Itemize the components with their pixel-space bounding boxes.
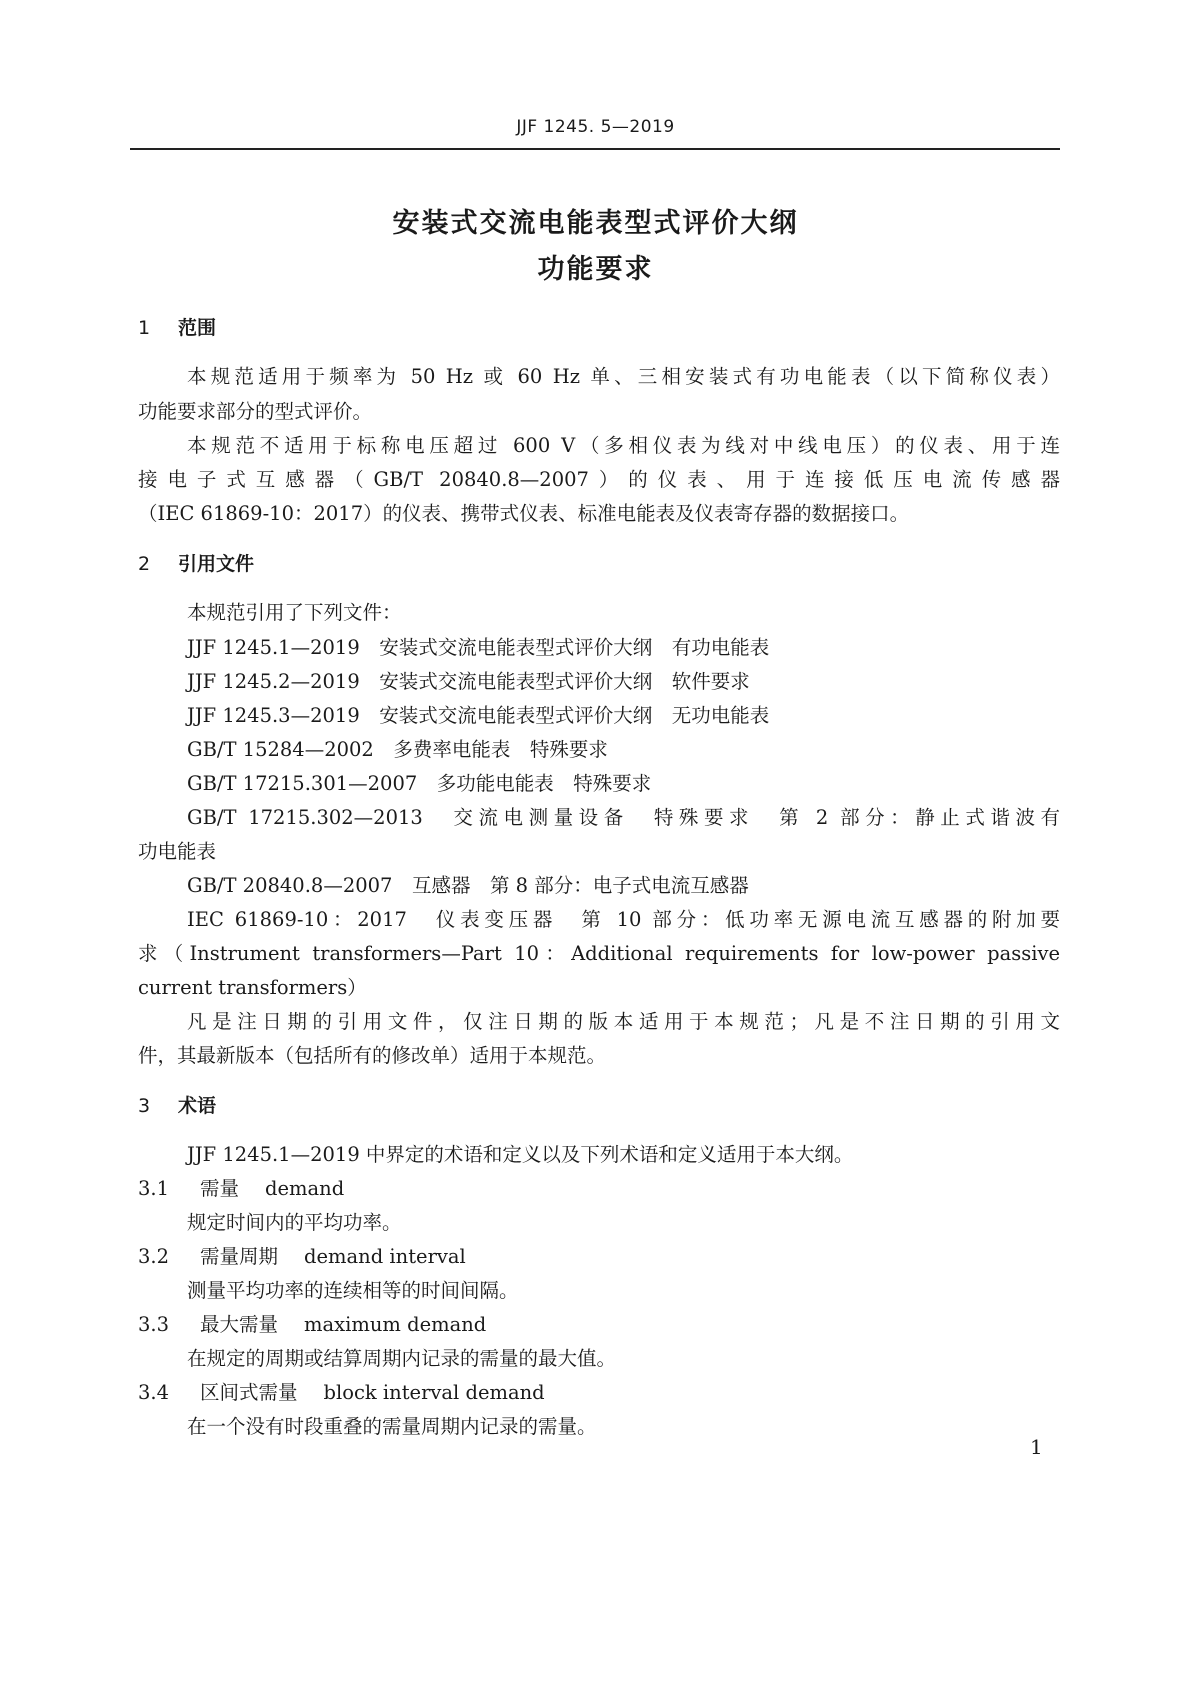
standard-code-header: JJF 1245. 5—2019 — [0, 117, 1191, 137]
document-title: 安装式交流电能表型式评价大纲 — [0, 201, 1191, 240]
term-entry: 3.3最大需量maximum demand — [138, 1312, 486, 1338]
reference-item: JJF 1245.1—2019 安装式交流电能表型式评价大纲 有功电能表 — [187, 635, 769, 661]
term-number: 3.3 — [138, 1312, 200, 1338]
section-heading-terms: 3术语 — [138, 1091, 216, 1118]
paragraph-line: 功能要求部分的型式评价。 — [138, 399, 372, 425]
reference-item-continued: 功电能表 — [138, 839, 216, 865]
term-english: maximum demand — [304, 1313, 486, 1336]
term-entry: 3.1需量demand — [138, 1176, 344, 1202]
term-chinese: 最大需量 — [200, 1313, 278, 1336]
reference-item-continued: 求（Instrument transformers—Part 10：Additi… — [138, 941, 1060, 967]
section-title: 范围 — [178, 317, 216, 339]
reference-item-continued: current transformers） — [138, 975, 367, 1001]
term-number: 3.1 — [138, 1176, 200, 1202]
term-entry: 3.4区间式需量block interval demand — [138, 1380, 545, 1406]
reference-item: IEC 61869-10：2017 仪表变压器 第 10 部分：低功率无源电流互… — [187, 907, 1060, 933]
references-intro: 本规范引用了下列文件： — [187, 600, 402, 626]
term-english: block interval demand — [324, 1381, 545, 1404]
paragraph-line: 本规范适用于频率为 50 Hz 或 60 Hz 单、三相安装式有功电能表（以下简… — [187, 364, 1060, 390]
reference-item: GB/T 20840.8—2007 互感器 第 8 部分：电子式电流互感器 — [187, 873, 749, 899]
term-definition: 测量平均功率的连续相等的时间间隔。 — [187, 1278, 519, 1304]
section-number: 3 — [138, 1095, 178, 1117]
term-definition: 在规定的周期或结算周期内记录的需量的最大值。 — [187, 1346, 616, 1372]
section-title: 术语 — [178, 1095, 216, 1117]
section-number: 1 — [138, 317, 178, 339]
section-title: 引用文件 — [178, 553, 254, 575]
document-subtitle: 功能要求 — [0, 247, 1191, 286]
section-heading-references: 2引用文件 — [138, 549, 254, 576]
reference-item: JJF 1245.2—2019 安装式交流电能表型式评价大纲 软件要求 — [187, 669, 750, 695]
section-heading-scope: 1范围 — [138, 313, 216, 340]
reference-item: GB/T 17215.302—2013 交流电测量设备 特殊要求 第 2 部分：… — [187, 805, 1060, 831]
term-chinese: 区间式需量 — [200, 1381, 298, 1404]
paragraph-line: 本规范不适用于标称电压超过 600 V（多相仪表为线对中线电压）的仪表、用于连 — [187, 433, 1060, 459]
term-definition: 在一个没有时段重叠的需量周期内记录的需量。 — [187, 1414, 597, 1440]
references-note: 件，其最新版本（包括所有的修改单）适用于本规范。 — [138, 1043, 606, 1069]
document-page: JJF 1245. 5—2019 安装式交流电能表型式评价大纲 功能要求 1范围… — [0, 0, 1191, 1684]
paragraph-line: （IEC 61869-10：2017）的仪表、携带式仪表、标准电能表及仪表寄存器… — [138, 501, 909, 527]
term-number: 3.4 — [138, 1380, 200, 1406]
term-number: 3.2 — [138, 1244, 200, 1270]
term-entry: 3.2需量周期demand interval — [138, 1244, 466, 1270]
term-definition: 规定时间内的平均功率。 — [187, 1210, 402, 1236]
terms-intro: JJF 1245.1—2019 中界定的术语和定义以及下列术语和定义适用于本大纲… — [187, 1142, 853, 1168]
term-chinese: 需量 — [200, 1177, 239, 1200]
reference-item: GB/T 15284—2002 多费率电能表 特殊要求 — [187, 737, 608, 763]
references-note: 凡是注日期的引用文件，仅注日期的版本适用于本规范；凡是不注日期的引用文 — [187, 1009, 1060, 1035]
term-english: demand interval — [304, 1245, 466, 1268]
header-divider — [130, 148, 1060, 150]
paragraph-line: 接电子式互感器（GB/T 20840.8—2007）的仪表、用于连接低压电流传感… — [138, 467, 1060, 493]
page-number: 1 — [1030, 1435, 1043, 1459]
section-number: 2 — [138, 553, 178, 575]
term-chinese: 需量周期 — [200, 1245, 278, 1268]
term-english: demand — [265, 1177, 344, 1200]
reference-item: GB/T 17215.301—2007 多功能电能表 特殊要求 — [187, 771, 651, 797]
reference-item: JJF 1245.3—2019 安装式交流电能表型式评价大纲 无功电能表 — [187, 703, 769, 729]
